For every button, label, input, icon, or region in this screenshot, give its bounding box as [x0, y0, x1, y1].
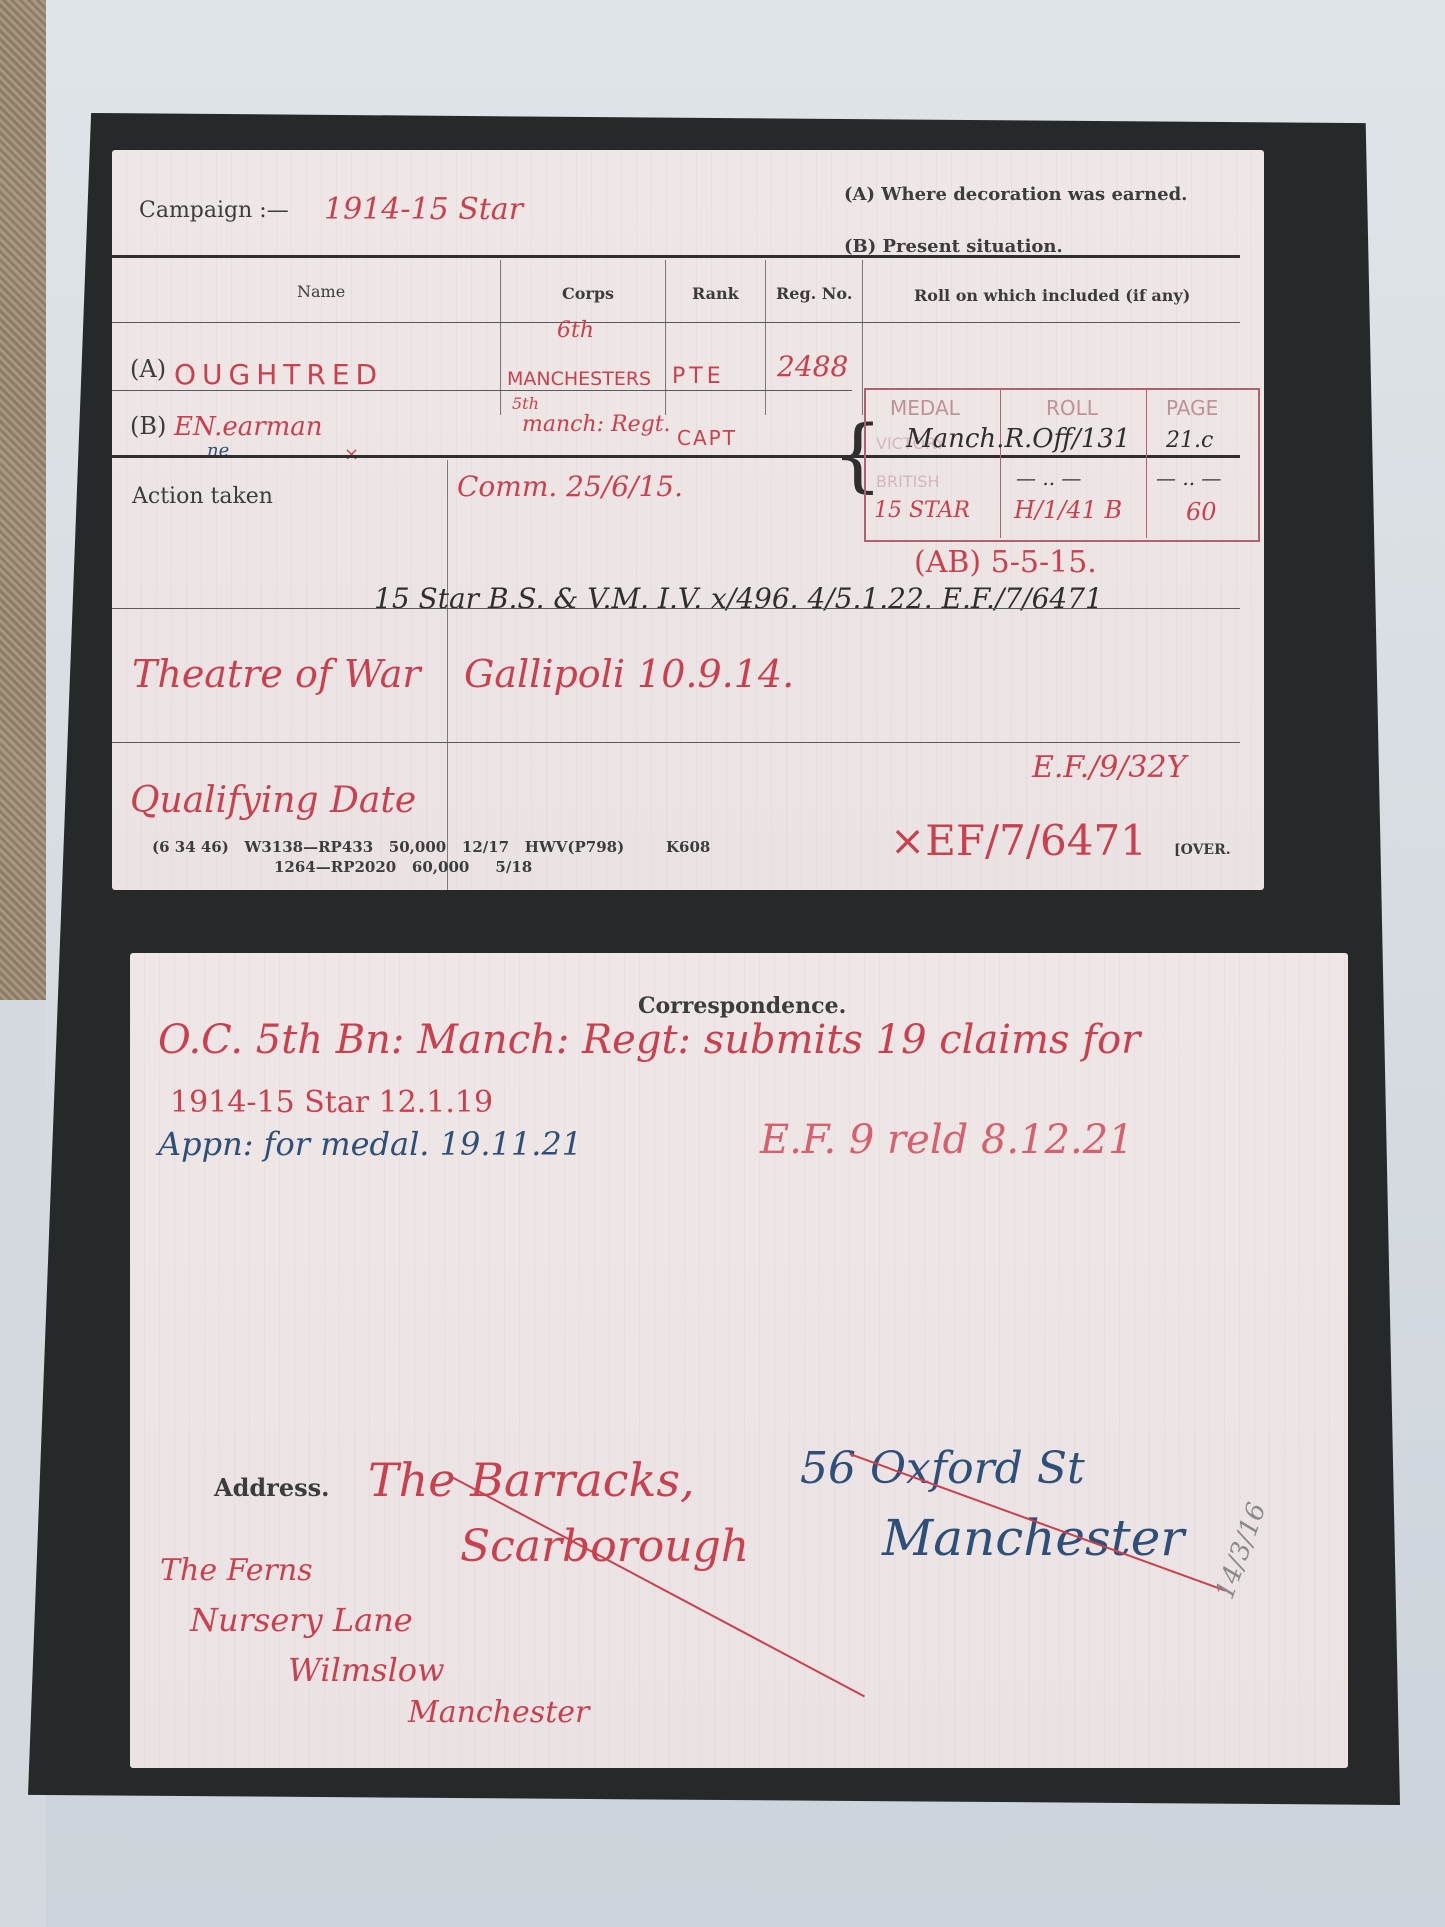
row-b-corps: manch: Regt. — [522, 412, 671, 437]
correspondence-line2: 1914-15 Star 12.1.19 — [170, 1085, 493, 1120]
theatre-label: Theatre of War — [132, 652, 421, 696]
stamp-header-page: PAGE — [1166, 396, 1218, 420]
carpet-background — [0, 0, 46, 1000]
action-taken-label: Action taken — [132, 484, 273, 509]
over-marker: [OVER. — [1174, 842, 1231, 858]
col-header-reg-no: Reg. No. — [776, 284, 852, 303]
address-red-line2: Nursery Lane — [190, 1601, 413, 1639]
row-a-corps-note: 6th — [557, 318, 594, 343]
stamp-roll-star: H/1/41 B — [1014, 496, 1122, 524]
row-a-corps: MANCHESTERS — [507, 368, 651, 390]
stamp-medal-british: BRITISH — [876, 472, 940, 491]
col-divider — [765, 260, 766, 415]
qualifying-label: Qualifying Date — [130, 780, 416, 821]
theatre-value: Gallipoli 10.9.14. — [464, 652, 794, 696]
medal-index-card-front: Campaign :— 1914-15 Star (A) Where decor… — [112, 150, 1264, 890]
legend-b: (B) Present situation. — [844, 236, 1063, 257]
col-divider — [665, 260, 666, 415]
row-rule — [112, 322, 1240, 323]
col-header-corps: Corps — [562, 284, 614, 303]
campaign-label: Campaign :— — [139, 198, 289, 223]
action-taken-value: Comm. 25/6/15. — [457, 470, 683, 503]
address-old-city: Scarborough — [460, 1521, 749, 1572]
correspondence-title: Correspondence. — [638, 993, 846, 1019]
roll-note-line: 15 Star B.S. & V.M. I.V. x/496. 4/5.1.22… — [374, 582, 1103, 615]
row-b-corps-note: 5th — [512, 394, 539, 413]
row-rule — [112, 608, 1240, 609]
col-header-roll: Roll on which included (if any) — [914, 286, 1190, 305]
col-divider — [500, 260, 501, 415]
medal-roll-stamp: MEDAL ROLL PAGE VICTORY Manch.R.Off/131 … — [864, 388, 1260, 542]
col-divider — [447, 460, 448, 890]
strike-through-old-address — [449, 1475, 865, 1697]
row-b-rank: CAPT — [677, 426, 737, 450]
correspondence-line1: O.C. 5th Bn: Manch: Regt: submits 19 cla… — [158, 1017, 1140, 1063]
col-header-name: Name — [297, 282, 345, 301]
row-b-label: (B) — [130, 412, 166, 440]
stamp-page-victory: 21.c — [1166, 428, 1213, 453]
campaign-value: 1914-15 Star — [324, 192, 523, 227]
print-codes-line1: (6 34 46) W3138—RP433 50,000 12/17 HWV(P… — [152, 838, 710, 856]
row-rule — [112, 742, 1240, 743]
stamp-page-british: — .. — — [1156, 466, 1221, 490]
address-label: Address. — [214, 1473, 329, 1502]
stamp-roll-victory: Manch.R.Off/131 — [906, 424, 1130, 454]
qualifying-ref: E.F./9/32Y — [1032, 750, 1186, 785]
row-b-name: EN.earman — [174, 412, 323, 442]
row-a-label: (A) — [130, 355, 166, 383]
ef-reference: ×EF/7/6471 — [890, 816, 1147, 865]
address-red-line1: The Ferns — [160, 1553, 313, 1588]
row-rule — [112, 390, 852, 391]
row-a-rank: PTE — [672, 364, 725, 389]
pencil-note: 14/3/16 — [1210, 1499, 1272, 1603]
stamp-medal-star: 15 STAR — [874, 498, 970, 523]
address-red-line4: Manchester — [408, 1695, 589, 1730]
legend-a: (A) Where decoration was earned. — [844, 184, 1187, 205]
row-a-name: OUGHTRED — [174, 358, 383, 391]
row-a-reg-no: 2488 — [777, 350, 848, 383]
address-old: The Barracks, — [368, 1453, 695, 1507]
stamp-header-medal: MEDAL — [890, 396, 960, 420]
stamp-divider — [1000, 390, 1001, 538]
note-ab: (AB) 5-5-15. — [914, 545, 1097, 580]
header-rule — [112, 255, 1240, 258]
col-divider — [862, 260, 863, 415]
address-red-line3: Wilmslow — [288, 1651, 444, 1689]
correspondence-line3-blue: Appn: for medal. 19.11.21 — [158, 1125, 582, 1163]
medal-index-card-back: Correspondence. O.C. 5th Bn: Manch: Regt… — [130, 953, 1348, 1768]
stamp-roll-british: — .. — — [1016, 466, 1081, 490]
stamp-divider — [1146, 390, 1147, 538]
col-header-rank: Rank — [692, 284, 739, 303]
correspondence-line3-red: E.F. 9 reld 8.12.21 — [760, 1117, 1134, 1163]
print-codes-line2: 1264—RP2020 60,000 5/18 — [274, 858, 532, 876]
stamp-page-star: 60 — [1186, 498, 1217, 526]
stamp-header-roll: ROLL — [1046, 396, 1098, 420]
